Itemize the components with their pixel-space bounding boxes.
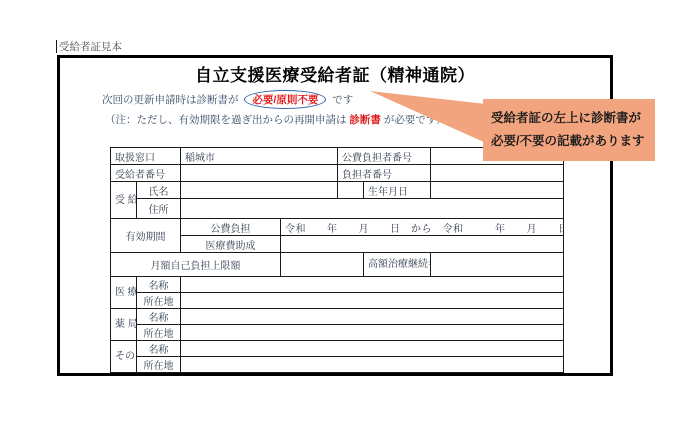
cell-handling-window-label: 取扱窓口	[111, 148, 181, 165]
callout-line2: 必要/不要の記載があります	[491, 130, 647, 153]
annotation-callout: 受給者証の左上に診断書が 必要/不要の記載があります	[483, 99, 655, 161]
renewal-note-post: が必要です）	[384, 114, 447, 126]
cell-medical-location-value	[181, 293, 564, 309]
certificate-title: 自立支援医療受給者証（精神通院）	[60, 61, 610, 86]
cell-recipient-number-value	[181, 165, 338, 182]
row-pharmacy-location: 所在地	[111, 325, 564, 341]
callout-line1: 受給者証の左上に診断書が	[491, 107, 647, 130]
cell-pharmacy-group-label: 薬 局	[111, 309, 137, 341]
cell-recipient-number-label: 受給者番号	[111, 165, 181, 182]
row-other-name: その 他 名称	[111, 341, 564, 357]
cell-validity-dates: 令和 年 月 日 から 令和 年 月 日 まで	[281, 219, 564, 236]
cell-medical-subsidy-label: 医療費助成	[181, 236, 281, 253]
row-recipient-number: 受給者番号 負担者番号	[111, 165, 564, 182]
row-validity-public: 有効期間 公費負担 令和 年 月 日 から 令和 年 月 日 まで	[111, 219, 564, 236]
cell-other-name-value	[181, 341, 564, 357]
cell-name-value	[181, 182, 338, 199]
renewal-note-red-word: 診断書	[349, 114, 381, 126]
cell-facility-name-label: 名称	[137, 277, 181, 293]
cell-high-cost-label: 高額治療継続者 （重度かつ継続）	[364, 253, 431, 277]
cell-medical-group-label: 医 療	[111, 277, 137, 309]
cell-address-label: 住所	[137, 199, 181, 219]
renewal-note-pre: （注：ただし、有効期限を過ぎ出からの再開申請は	[105, 114, 347, 126]
sample-label: 受給者証見本	[56, 39, 122, 54]
renewal-notice-prefix: 次回の更新申請時は診断書が	[102, 94, 239, 106]
row-other-location: 所在地	[111, 357, 564, 373]
text-cursor	[56, 40, 57, 53]
cell-payer-number-label: 負担者番号	[338, 165, 431, 182]
cell-recipient-group-label: 受 給 者	[111, 182, 137, 219]
cell-birthdate-value	[431, 182, 564, 199]
cell-facility-location-label: 所在地	[137, 293, 181, 309]
row-medical-name: 医 療 名称	[111, 277, 564, 293]
cell-high-cost-value	[431, 253, 564, 277]
cell-facility-location-label: 所在地	[137, 357, 181, 373]
cell-birthdate-label: 生年月日	[364, 182, 431, 199]
cell-name-spacer	[338, 182, 364, 199]
cell-medical-name-value	[181, 277, 564, 293]
cell-monthly-cap-value	[281, 253, 364, 277]
cell-other-group-label: その 他	[111, 341, 137, 373]
cell-facility-location-label: 所在地	[137, 325, 181, 341]
cell-validity-label: 有効期間	[111, 219, 181, 253]
row-medical-location: 所在地	[111, 293, 564, 309]
cell-public-expense-label: 公費負担	[181, 219, 281, 236]
sample-label-text: 受給者証見本	[59, 39, 122, 54]
cell-handling-window-value: 稲城市	[181, 148, 338, 165]
cell-pharmacy-name-value	[181, 309, 564, 325]
cell-pharmacy-location-value	[181, 325, 564, 341]
cell-name-label: 氏名	[137, 182, 181, 199]
renewal-requirement-highlight: 必要/原則不要	[244, 90, 326, 109]
cell-monthly-cap-label: 月額自己負担上限額	[111, 253, 281, 277]
cell-facility-name-label: 名称	[137, 309, 181, 325]
row-recipient-name: 受 給 者 氏名 生年月日	[111, 182, 564, 199]
cell-medical-subsidy-value	[281, 236, 564, 253]
cell-other-location-value	[181, 357, 564, 373]
row-pharmacy-name: 薬 局 名称	[111, 309, 564, 325]
row-recipient-address: 住所	[111, 199, 564, 219]
cell-payer-number-value	[431, 165, 564, 182]
cell-facility-name-label: 名称	[137, 341, 181, 357]
certificate-table: 取扱窓口 稲城市 公費負担者番号 受給者番号 負担者番号 受 給 者 氏名 生年…	[110, 147, 564, 373]
row-monthly-cap: 月額自己負担上限額 高額治療継続者 （重度かつ継続）	[111, 253, 564, 277]
cell-public-payer-number-label: 公費負担者番号	[338, 148, 431, 165]
renewal-notice-suffix: です	[332, 94, 353, 106]
cell-address-value	[181, 199, 564, 219]
